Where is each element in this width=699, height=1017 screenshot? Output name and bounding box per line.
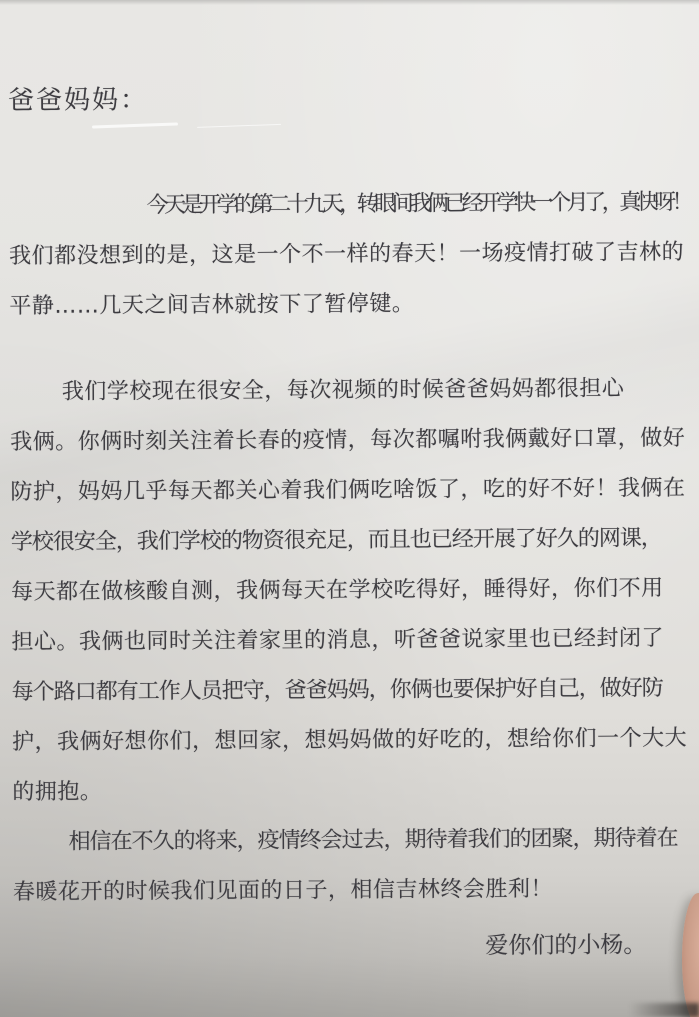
letter-line: 平静……几天之间吉林就按下了暂停键。: [9, 278, 698, 332]
letter-line: 担心。我俩也同时关注着家里的消息，听爸爸说家里也已经封闭了: [11, 614, 699, 668]
letter-line: 我俩。你俩时刻关注着长春的疫情，每次都嘱咐我俩戴好口罩，做好: [10, 414, 699, 468]
letter-line: 相信在不久的将来，疫情终会过去，期待着我们的团聚，期待着在: [12, 814, 699, 868]
letter-line: 护，我俩好想你们，想回家，想妈妈做的好吃的，想给你们一个大大: [12, 714, 699, 768]
letter-line: 每天都在做核酸自测，我俩每天在学校吃得好，睡得好，你们不用: [11, 564, 699, 618]
letter-signature: 爱你们的小杨。: [485, 928, 699, 963]
letter-paragraph-2: 我们学校现在很安全，每次视频的时候爸爸妈妈都很担心 我俩。你俩时刻关注着长春的疫…: [10, 364, 699, 818]
bottom-right-shadow: [629, 1003, 699, 1017]
letter-line: 学校很安全，我们学校的物资很充足，而且也已经开展了好久的网课，: [11, 514, 699, 568]
letter-line: 今天是开学的第二十九天，转眼间我俩已经开学快一个月了，真快呀！: [9, 178, 698, 232]
letter-greeting: 爸爸妈妈：: [8, 78, 697, 120]
letter-line: 春暖花开的时候我们见面的日子，相信吉林终会胜利！: [13, 864, 699, 918]
letter-line: 我们学校现在很安全，每次视频的时候爸爸妈妈都很担心: [10, 364, 699, 418]
handwritten-letter-photo: 爸爸妈妈： 今天是开学的第二十九天，转眼间我俩已经开学快一个月了，真快呀！ 我们…: [0, 0, 699, 1017]
letter-line: 每个路口都有工作人员把守，爸爸妈妈，你俩也要保护好自己，做好防: [12, 664, 699, 718]
letter-line: 防护，妈妈几乎每天都关心着我们俩吃啥饭了，吃的好不好！我俩在: [10, 464, 699, 518]
letter-content: 爸爸妈妈： 今天是开学的第二十九天，转眼间我俩已经开学快一个月了，真快呀！ 我们…: [8, 78, 699, 966]
letter-line: 我们都没想到的是，这是一个不一样的春天！一场疫情打破了吉林的: [9, 228, 698, 282]
letter-paragraph-3: 相信在不久的将来，疫情终会过去，期待着我们的团聚，期待着在 春暖花开的时候我们见…: [12, 814, 699, 918]
letter-paragraph-1: 今天是开学的第二十九天，转眼间我俩已经开学快一个月了，真快呀！ 我们都没想到的是…: [9, 178, 699, 332]
letter-line: 的拥抱。: [12, 764, 699, 818]
